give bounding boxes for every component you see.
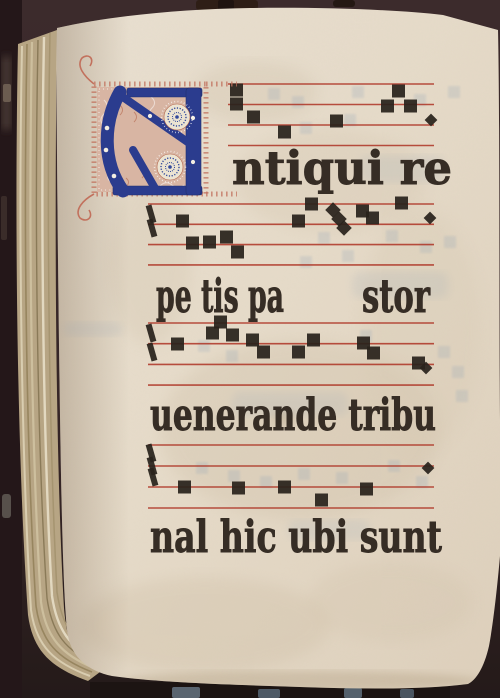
lyric-line-3: uenerande tribu bbox=[150, 390, 436, 441]
show-through-note bbox=[268, 88, 280, 100]
neume bbox=[246, 334, 259, 347]
show-through-note bbox=[300, 256, 312, 268]
neume bbox=[395, 197, 408, 210]
show-through-note bbox=[444, 236, 456, 248]
neume bbox=[381, 100, 394, 113]
show-through-note bbox=[452, 366, 464, 378]
neume bbox=[307, 334, 320, 347]
show-through-note bbox=[438, 346, 450, 358]
neume bbox=[360, 483, 373, 496]
clasp bbox=[333, 0, 355, 7]
show-through-note bbox=[342, 250, 354, 262]
binding-stud bbox=[3, 84, 11, 102]
show-through-note bbox=[226, 350, 238, 362]
show-through-note bbox=[198, 340, 210, 352]
neume bbox=[226, 329, 239, 342]
neume bbox=[278, 481, 291, 494]
lyric-line-2a: pe tis pa bbox=[156, 269, 284, 323]
lyric-line-2b: stor bbox=[362, 269, 431, 323]
neume bbox=[178, 481, 191, 494]
show-through-text bbox=[64, 322, 122, 336]
show-through-note bbox=[336, 472, 348, 484]
neume bbox=[292, 215, 305, 228]
neume bbox=[367, 347, 380, 360]
show-through-note bbox=[300, 122, 312, 134]
show-through-note bbox=[318, 232, 330, 244]
neume bbox=[392, 85, 405, 98]
neume bbox=[315, 494, 328, 507]
show-through-note bbox=[196, 462, 208, 474]
manuscript-photo: ntiqui re pe tis pa stor uenerande tribu… bbox=[0, 0, 500, 698]
neume bbox=[232, 482, 245, 495]
show-through-note bbox=[386, 230, 398, 242]
neume bbox=[171, 338, 184, 351]
show-through-note bbox=[420, 241, 432, 253]
neume bbox=[176, 215, 189, 228]
neume bbox=[257, 346, 270, 359]
show-through-note bbox=[352, 86, 364, 98]
neume bbox=[186, 237, 199, 250]
neume bbox=[203, 236, 216, 249]
show-through-note bbox=[298, 468, 310, 480]
neume bbox=[220, 231, 233, 244]
show-through-note bbox=[228, 470, 240, 482]
neume bbox=[366, 212, 379, 225]
show-through-note bbox=[456, 390, 468, 402]
neume bbox=[231, 246, 244, 259]
show-through-note bbox=[448, 86, 460, 98]
neume bbox=[330, 115, 343, 128]
show-through-note bbox=[292, 96, 304, 108]
neume bbox=[278, 126, 291, 139]
neume bbox=[230, 98, 243, 111]
neume bbox=[305, 198, 318, 211]
lyric-line-1: ntiqui re bbox=[232, 141, 452, 195]
neume bbox=[247, 111, 260, 124]
binding-stud bbox=[2, 494, 11, 518]
neume bbox=[292, 346, 305, 359]
manuscript-svg: ntiqui re pe tis pa stor uenerande tribu… bbox=[0, 0, 500, 698]
neume bbox=[404, 100, 417, 113]
lyric-line-4: nal hic ubi sunt bbox=[150, 512, 443, 563]
